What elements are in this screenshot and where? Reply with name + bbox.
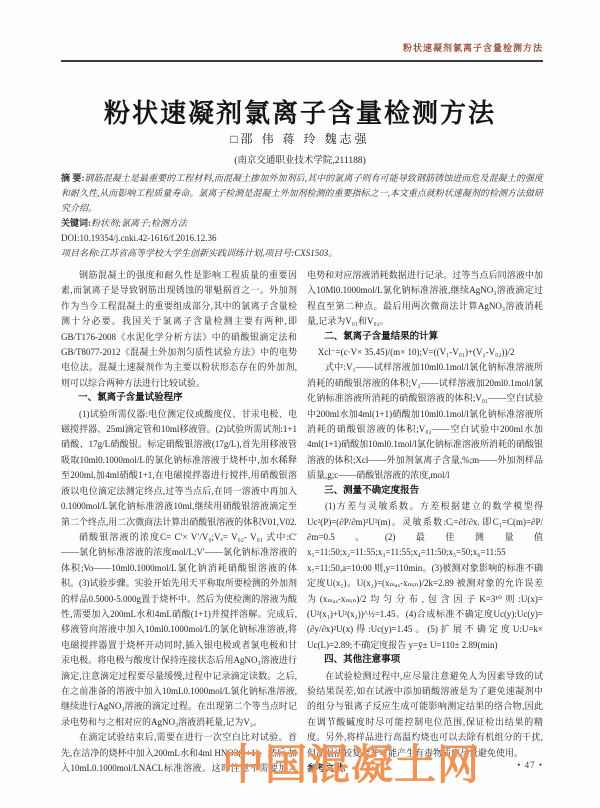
body-columns: 钢筋混凝土的强度和耐久性是影响工程质量的重要因素,而氯离子是导致钢筋出现锈蚀的罪… bbox=[61, 268, 543, 776]
project-line: 项目名称:江苏省高等学校大学生创新实践训练计划,项目号:CXS1503。 bbox=[61, 246, 543, 261]
section-heading-3: 三、测量不确定度报告 bbox=[307, 484, 543, 499]
affiliation: (南京交通职业技术学院,211188) bbox=[0, 152, 600, 166]
author-line: □邵 伟 蒋 玲 魏志强 bbox=[0, 130, 600, 147]
formula: Xcl⁻=(c·V× 35.45)/(m× 10);V=((V₁-V₀₁)+(V… bbox=[307, 345, 543, 360]
doi-line: DOI:10.19354/j.cnki.42-1616/f.2016.12.36 bbox=[61, 231, 543, 246]
abstract-text: 钢筋混凝土是最重要的工程材料,而混凝土掺加外加剂后,其中的氯离子则有可能导致钢筋… bbox=[61, 173, 543, 213]
front-matter: 摘 要:钢筋混凝土是最重要的工程材料,而混凝土掺加外加剂后,其中的氯离子则有可能… bbox=[61, 171, 543, 261]
section-heading-1: 一、氯离子含量试验程序 bbox=[61, 391, 297, 406]
header-rule bbox=[61, 60, 543, 62]
article-title: 粉状速凝剂氯离子含量检测方法 bbox=[0, 93, 600, 130]
watermark-logo: 中国混凝土网 bbox=[222, 744, 480, 786]
keywords-label: 关键词: bbox=[61, 218, 91, 228]
left-column: 钢筋混凝土的强度和耐久性是影响工程质量的重要因素,而氯离子是导致钢筋出现锈蚀的罪… bbox=[61, 268, 297, 776]
paragraph: 硝酸银溶液的浓度C= C′× V′/V₀;Vₑ= V₀₂- V₀₁ 式中:C′—… bbox=[61, 530, 297, 730]
paragraph: 钢筋混凝土的强度和耐久性是影响工程质量的重要因素,而氯离子是导致钢筋出现锈蚀的罪… bbox=[61, 268, 297, 391]
paragraph: (1)试验所需仪器:电位测定仪或酸度仪、甘汞电极、电磁搅拌器、25ml滴定管和1… bbox=[61, 407, 297, 530]
paragraph: (1)方差与灵敏系数。方差根据建立的数学模型得Uc²(P)=(∂P/∂m)²U²… bbox=[307, 499, 543, 653]
abstract-label: 摘 要: bbox=[61, 173, 84, 183]
keywords-text: 粉状剂;氯离子;检测方法 bbox=[91, 218, 187, 228]
right-column: 电势和对应溶液消耗数据进行记录。过等当点后同溶液中加入10Ml0.1000mol… bbox=[307, 268, 543, 776]
section-heading-2: 二、氯离子含量结果的计算 bbox=[307, 330, 543, 345]
running-header: 粉状速凝剂氯离子含量检测方法 bbox=[403, 41, 543, 54]
scanned-paper-page: 粉状速凝剂氯离子含量检测方法 粉状速凝剂氯离子含量检测方法 □邵 伟 蒋 玲 魏… bbox=[0, 0, 600, 808]
section-heading-4: 四、其他注意事项 bbox=[307, 653, 543, 668]
keywords: 关键词:粉状剂;氯离子;检测方法 bbox=[61, 216, 543, 231]
abstract: 摘 要:钢筋混凝土是最重要的工程材料,而混凝土掺加外加剂后,其中的氯离子则有可能… bbox=[61, 171, 543, 216]
page-number: • 47 • bbox=[517, 760, 543, 770]
paragraph: 式中:V₁——试样溶液加10ml0.1mol/l氯化钠标准溶液所消耗的硝酸银溶液… bbox=[307, 360, 543, 483]
paragraph-continuation: 电势和对应溶液消耗数据进行记录。过等当点后同溶液中加入10Ml0.1000mol… bbox=[307, 268, 543, 330]
